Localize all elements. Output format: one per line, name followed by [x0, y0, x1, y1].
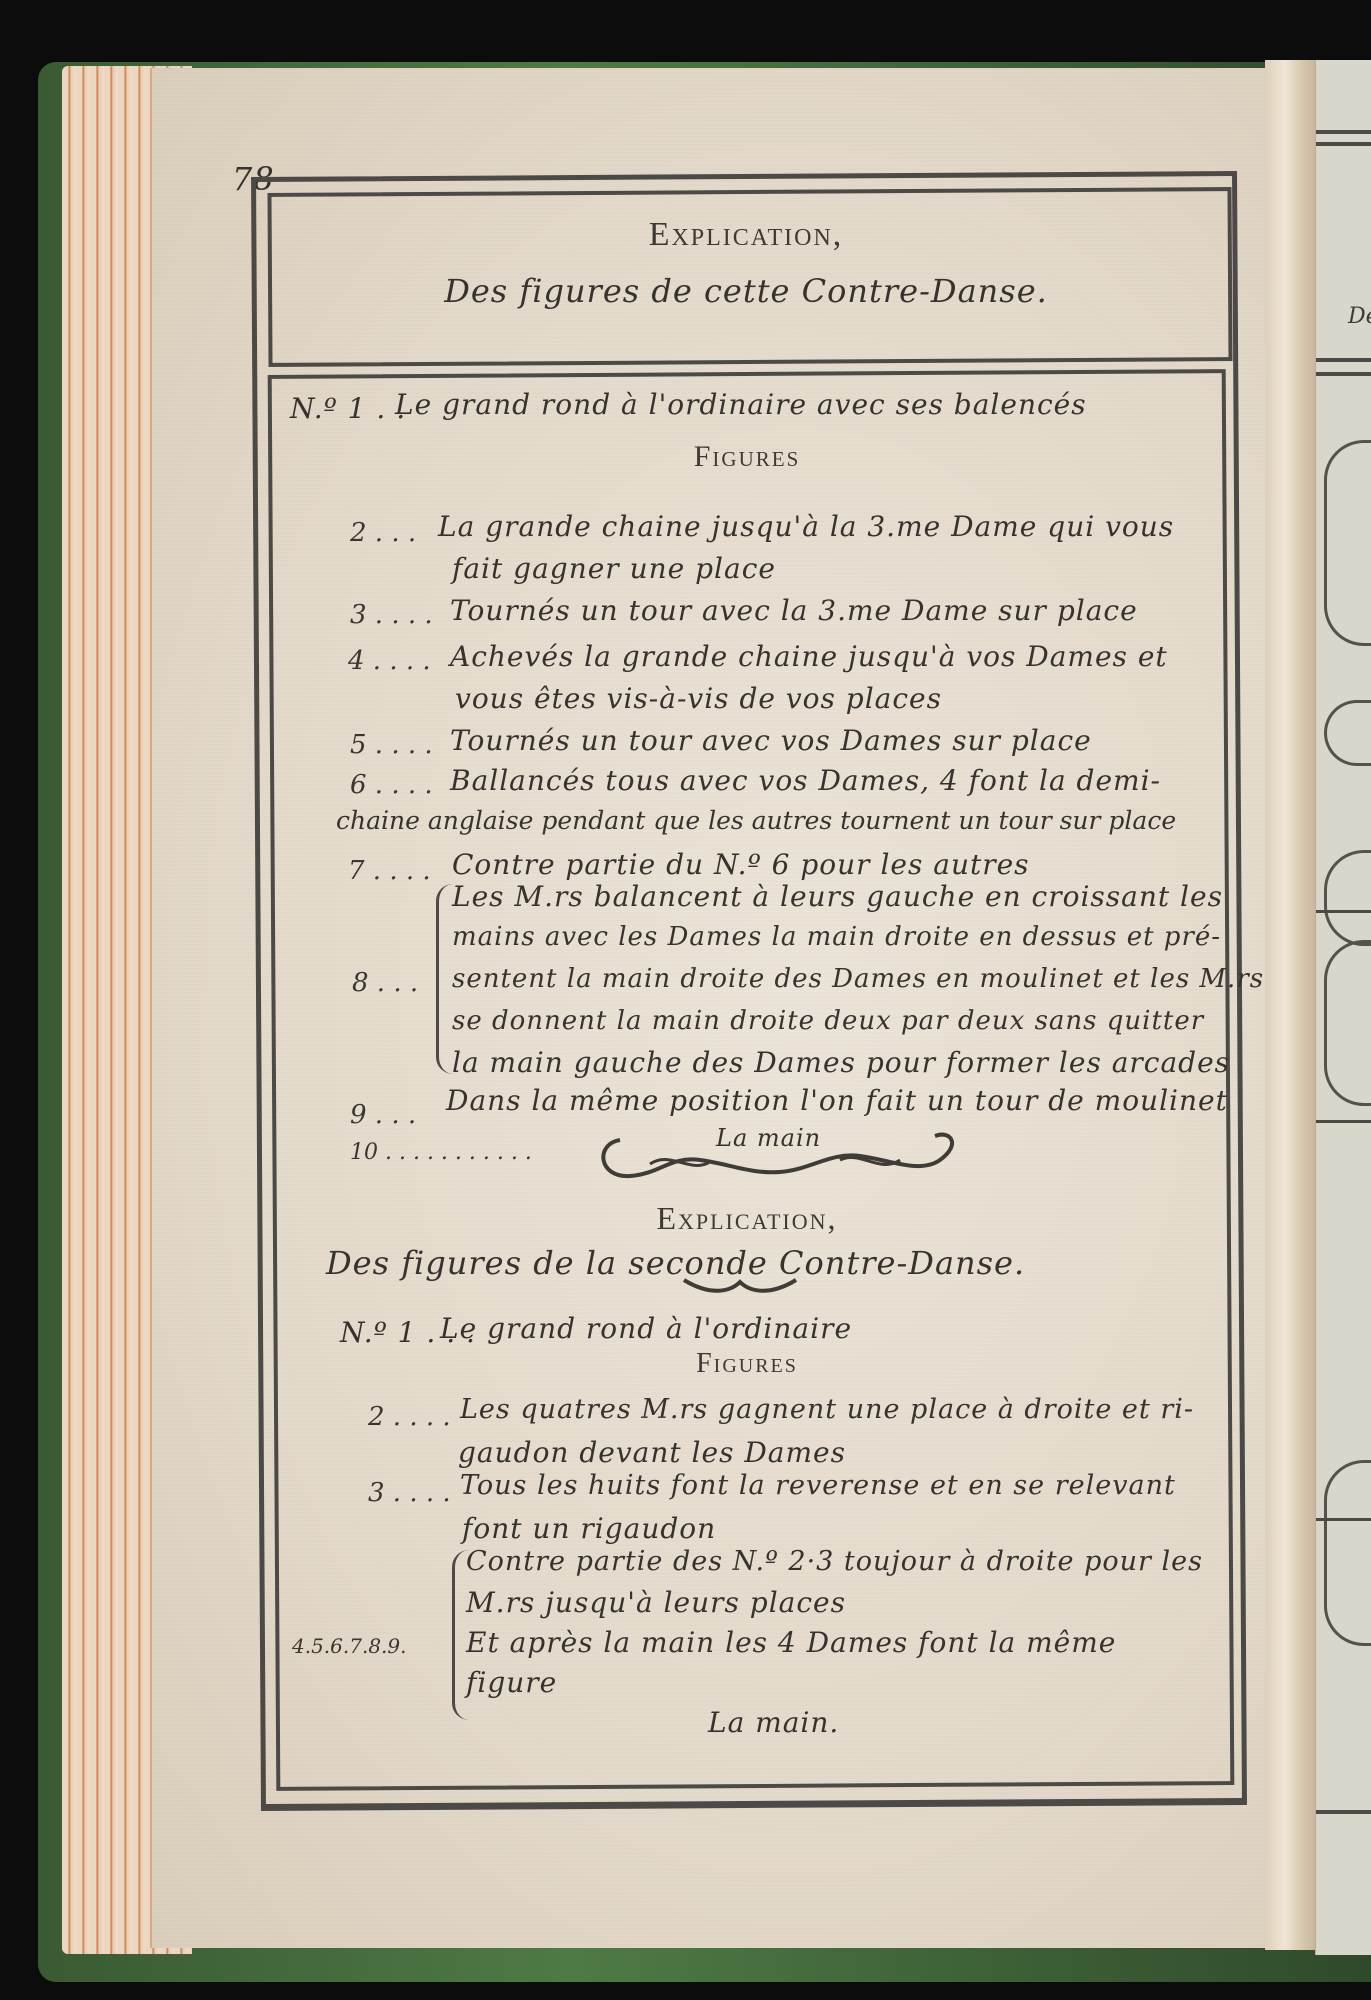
- section2-subheading: Des figures de la seconde Contre-Danse.: [326, 1244, 1025, 1282]
- facing-page: De: [1315, 60, 1371, 1955]
- item-line: font un rigaudon: [462, 1512, 716, 1545]
- section2-intro-text: Le grand rond à l'ordinaire: [440, 1312, 852, 1345]
- item-number: 3 . . . .: [350, 600, 433, 630]
- item-line: Les quatres M.rs gagnent une place à dro…: [460, 1394, 1194, 1425]
- item-number: 8 . . .: [352, 968, 418, 998]
- section1-intro-text: Le grand rond à l'ordinaire avec ses bal…: [395, 388, 1087, 421]
- section1-subheading: Des figures de cette Contre-Danse.: [268, 272, 1224, 310]
- facing-rule: [1316, 372, 1371, 376]
- item-number: 6 . . . .: [350, 770, 433, 800]
- facing-rule: [1316, 910, 1371, 913]
- facing-page-text: De: [1348, 304, 1371, 329]
- facing-rule: [1316, 1120, 1371, 1123]
- item-line: Contre partie du N.º 6 pour les autres: [452, 848, 1030, 881]
- item-number: 5 . . . .: [350, 730, 433, 760]
- item-line: Contre partie des N.º 2·3 toujour à droi…: [466, 1546, 1203, 1577]
- item-number: 3 . . . .: [368, 1478, 451, 1508]
- item-line: M.rs jusqu'à leurs places: [466, 1586, 846, 1619]
- dance-diagram-ornament: [1324, 940, 1371, 1106]
- item-line: Les M.rs balancent à leurs gauche en cro…: [452, 880, 1223, 913]
- item-line: Tournés un tour avec la 3.me Dame sur pl…: [450, 594, 1138, 627]
- section1-intro-number: N.º 1 . .: [290, 392, 406, 425]
- item-line: la main gauche des Dames pour former les…: [452, 1046, 1230, 1079]
- item-line: vous êtes vis-à-vis de vos places: [455, 682, 942, 715]
- item-line: Achevés la grande chaine jusqu'à vos Dam…: [450, 640, 1168, 673]
- item-line: sentent la main droite des Dames en moul…: [452, 964, 1264, 994]
- item-number: 10 . . . . . . . . . . .: [350, 1140, 532, 1165]
- dance-diagram-ornament: [1324, 440, 1371, 646]
- item-number: 9 . . .: [350, 1100, 416, 1130]
- section2-heading: Explication,: [272, 1200, 1222, 1237]
- flourish-ornament-icon: [590, 1130, 970, 1190]
- item-line: La grande chaine jusqu'à la 3.me Dame qu…: [438, 510, 1174, 543]
- item-line: figure: [466, 1666, 557, 1699]
- book-gutter: [1265, 60, 1315, 1950]
- dance-diagram-ornament: [1324, 700, 1371, 766]
- item-number: 2 . . . .: [368, 1402, 451, 1432]
- facing-rule: [1316, 1518, 1371, 1521]
- item-line: fait gagner une place: [452, 552, 776, 585]
- facing-rule: [1316, 1810, 1371, 1814]
- facing-rule: [1316, 142, 1371, 146]
- item-line: Et après la main les 4 Dames font la mêm…: [466, 1626, 1116, 1659]
- item-line: Tournés un tour avec vos Dames sur place: [450, 724, 1092, 757]
- brace-icon: [436, 884, 453, 1074]
- item-line: Dans la même position l'on fait un tour …: [446, 1084, 1228, 1117]
- item-line: mains avec les Dames la main droite en d…: [452, 922, 1221, 952]
- section1-heading: Explication,: [268, 216, 1224, 254]
- item-number: 7 . . . .: [348, 856, 431, 886]
- underline-ornament-icon: [680, 1272, 800, 1296]
- section1-figures-label: Figures: [272, 440, 1222, 474]
- facing-rule: [1316, 130, 1371, 134]
- item-number: 4.5.6.7.8.9.: [292, 1634, 407, 1658]
- dance-diagram-ornament: [1324, 1460, 1371, 1646]
- item-number: 4 . . . .: [348, 646, 431, 676]
- item-number: 2 . . .: [350, 518, 416, 548]
- section2-closing: La main.: [708, 1706, 839, 1739]
- item-line: chaine anglaise pendant que les autres t…: [336, 806, 1176, 835]
- item-line: Ballancés tous avec vos Dames, 4 font la…: [450, 764, 1161, 797]
- facing-rule: [1316, 358, 1371, 362]
- item-line: gaudon devant les Dames: [458, 1436, 846, 1469]
- section2-figures-label: Figures: [272, 1348, 1222, 1380]
- item-line: se donnent la main droite deux par deux …: [452, 1006, 1204, 1036]
- dance-diagram-ornament: [1324, 850, 1371, 946]
- item-line: Tous les huits font la reverense et en s…: [460, 1470, 1176, 1501]
